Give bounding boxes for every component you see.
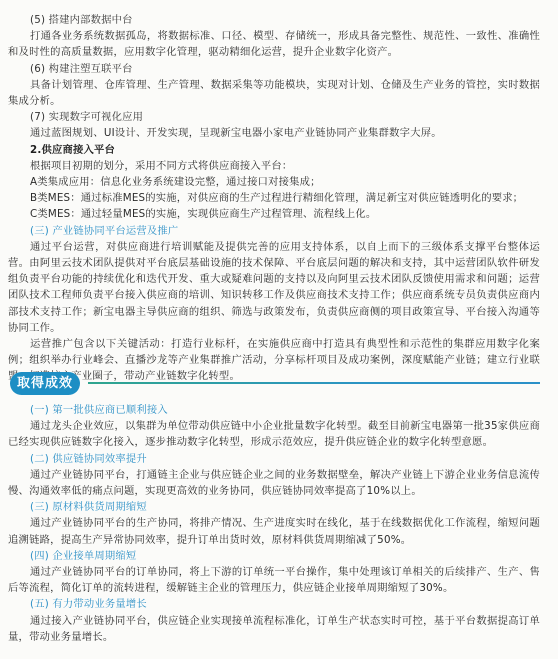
results-section: (一) 第一批供应商已顺利接入 通过龙头企业效应，以集群为单位带动供应链中小企业…: [8, 402, 540, 645]
platform-build-section: (5) 搭建内部数据中台 打通各业务系统数据孤岛，将数据标准、口径、模型、存储统…: [8, 12, 540, 385]
result-body-3: 通过产业链协同平台的生产协同，将排产情况、生产进度实时在线化，基于在线数据优化工…: [8, 515, 540, 547]
operation-paragraph: 运营推广包含以下关键活动：打造行业标杆，在实施供应商中打造具有典型性和示范性的集…: [8, 336, 540, 385]
supplier-line: C类MES：通过轻量MES的实施，实现供应商生产过程管理、流程线上化。: [8, 206, 540, 222]
result-body-2: 通过产业链协同平台，打通链主企业与供应链企业之间的业务数据壁垒，解决产业链上下游…: [8, 467, 540, 499]
item-body-7: 通过蓝图规划、UI设计、开发实现，呈现新宝电器小家电产业链协同产业集群数字大屏。: [8, 125, 540, 141]
result-heading-1: (一) 第一批供应商已顺利接入: [8, 402, 540, 418]
result-body-4: 通过产业链协同平台的订单协同，将上下游的订单统一平台操作，集中处理该订单相关的后…: [8, 564, 540, 596]
operation-paragraph: 通过平台运营，对供应商进行培训赋能及提供完善的应用支持体系，以自上而下的三级体系…: [8, 239, 540, 336]
item-heading-5: (5) 搭建内部数据中台: [8, 12, 540, 28]
result-heading-5: (五) 有力带动业务量增长: [8, 596, 540, 612]
result-heading-4: (四) 企业接单周期缩短: [8, 548, 540, 564]
result-heading-2: (二) 供应链协同效率提升: [8, 451, 540, 467]
result-body-5: 通过接入产业链协同平台，供应链企业实现接单流程标准化，订单生产状态实时可控，基于…: [8, 613, 540, 645]
operation-heading: (三) 产业链协同平台运营及推广: [8, 223, 540, 239]
item-heading-6: (6) 构建注塑互联平台: [8, 61, 540, 77]
document-page: (5) 搭建内部数据中台 打通各业务系统数据孤岛，将数据标准、口径、模型、存储统…: [0, 0, 558, 659]
item-heading-7: (7) 实现数字可视化应用: [8, 109, 540, 125]
result-heading-3: (三) 原材料供货周期缩短: [8, 499, 540, 515]
result-body-1: 通过龙头企业效应，以集群为单位带动供应链中小企业批量数字化转型。截至目前新宝电器…: [8, 418, 540, 450]
item-body-5: 打通各业务系统数据孤岛，将数据标准、口径、模型、存储统一，形成具备完整性、规范性…: [8, 28, 540, 60]
supplier-line: B类MES：通过标准MES的实施，对供应商的生产过程进行精细化管理，满足新宝对供…: [8, 190, 540, 206]
supplier-line: 根据项目初期的划分，采用不同方式将供应商接入平台：: [8, 158, 540, 174]
item-body-6: 具备计划管理、仓库管理、生产管理、数据采集等功能模块，实现对计划、仓储及生产业务…: [8, 77, 540, 109]
supplier-heading: 2.供应商接入平台: [8, 142, 540, 158]
supplier-line: A类集成应用：信息化业务系统建设完整，通过接口对接集成；: [8, 174, 540, 190]
section-divider: [88, 382, 540, 384]
results-badge: 取得成效: [10, 372, 80, 395]
